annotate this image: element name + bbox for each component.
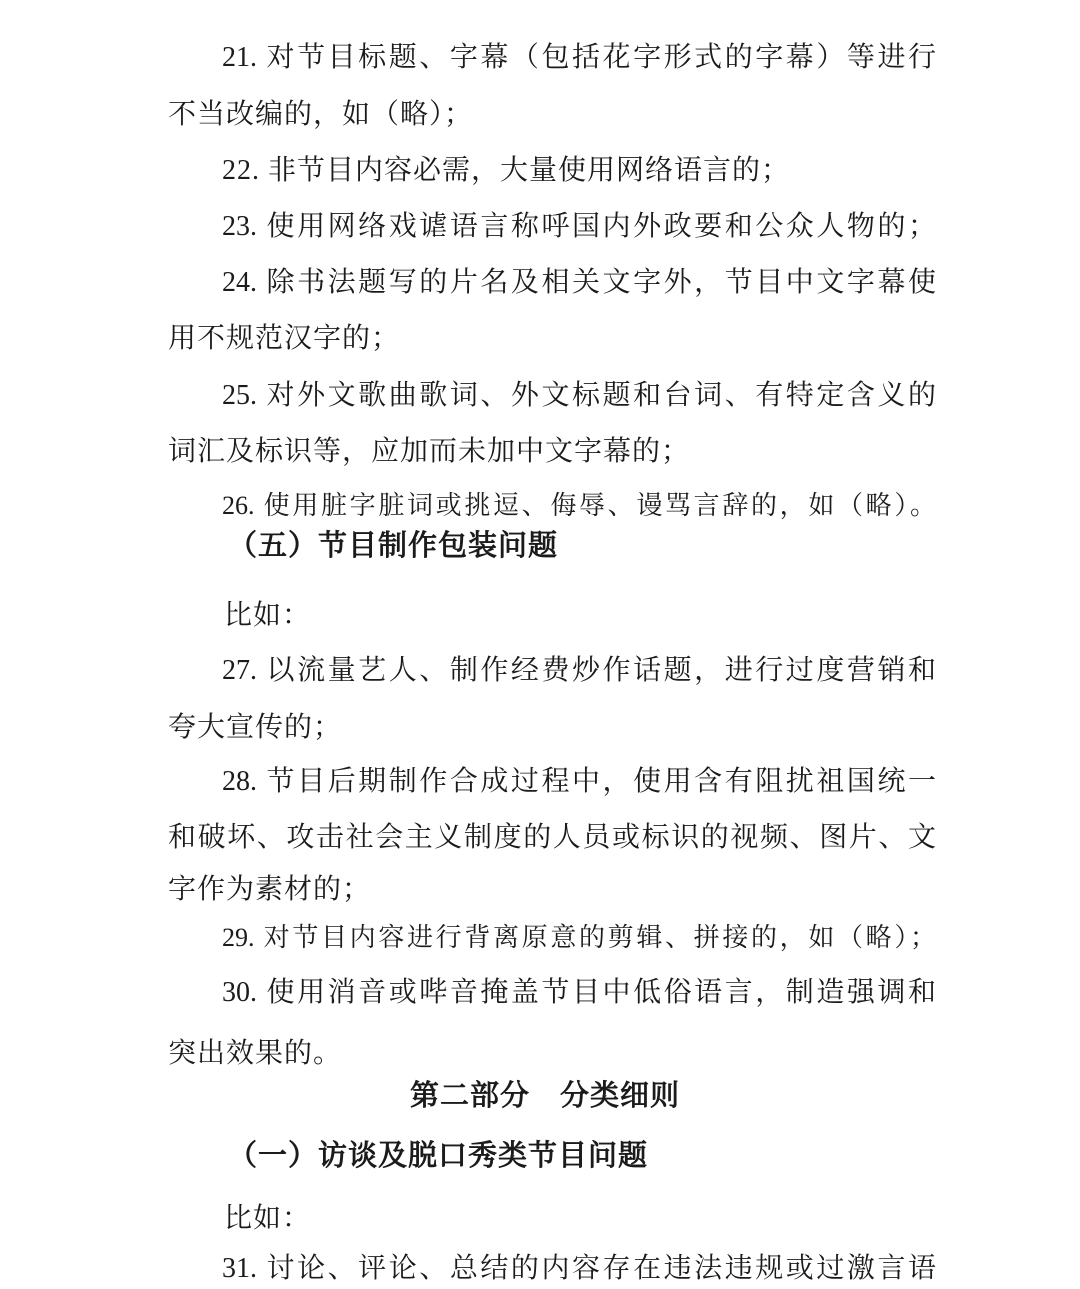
line-item-26: 26. 使用脏字脏词或挑逗、侮辱、谩骂言辞的，如（略）。 bbox=[222, 488, 936, 524]
line-item-28-cont-1: 和破坏、攻击社会主义制度的人员或标识的视频、图片、文 bbox=[168, 820, 936, 856]
lead-in-example-1: 比如： bbox=[224, 598, 311, 634]
lead-in-example-2: 比如： bbox=[224, 1201, 311, 1237]
line-item-22: 22. 非节目内容必需，大量使用网络语言的； bbox=[222, 153, 790, 189]
line-item-29: 29. 对节目内容进行背离原意的剪辑、拼接的，如（略）； bbox=[222, 920, 936, 956]
line-item-25-cont: 词汇及标识等，应加而未加中文字幕的； bbox=[168, 434, 690, 470]
line-item-21-start: 21. 对节目标题、字幕（包括花字形式的字幕）等进行 bbox=[222, 40, 936, 76]
section-5-heading: （五）节目制作包装问题 bbox=[228, 528, 558, 564]
line-item-28-cont-2: 字作为素材的； bbox=[168, 872, 371, 908]
line-item-27-start: 27. 以流量艺人、制作经费炒作话题，进行过度营销和 bbox=[222, 653, 936, 689]
section-1-heading: （一）访谈及脱口秀类节目问题 bbox=[228, 1138, 648, 1174]
part-2-heading: 第二部分 分类细则 bbox=[410, 1078, 680, 1114]
line-item-25-start: 25. 对外文歌曲歌词、外文标题和台词、有特定含义的 bbox=[222, 378, 936, 414]
line-item-21-cont: 不当改编的，如（略）； bbox=[168, 97, 473, 133]
line-item-30-cont: 突出效果的。 bbox=[168, 1036, 342, 1072]
line-item-30-start: 30. 使用消音或哔音掩盖节目中低俗语言，制造强调和 bbox=[222, 975, 936, 1011]
line-item-24-cont: 用不规范汉字的； bbox=[168, 321, 400, 357]
document-page: 21. 对节目标题、字幕（包括花字形式的字幕）等进行 不当改编的，如（略）； 2… bbox=[0, 0, 1080, 1289]
line-item-27-cont: 夸大宣传的； bbox=[168, 710, 342, 746]
line-item-23: 23. 使用网络戏谑语言称呼国内外政要和公众人物的； bbox=[222, 209, 936, 245]
line-item-24-start: 24. 除书法题写的片名及相关文字外，节目中文字幕使 bbox=[222, 265, 936, 301]
line-item-28-start: 28. 节目后期制作合成过程中，使用含有阻扰祖国统一 bbox=[222, 764, 936, 800]
line-item-31-start: 31. 讨论、评论、总结的内容存在违法违规或过激言语 bbox=[222, 1251, 936, 1287]
